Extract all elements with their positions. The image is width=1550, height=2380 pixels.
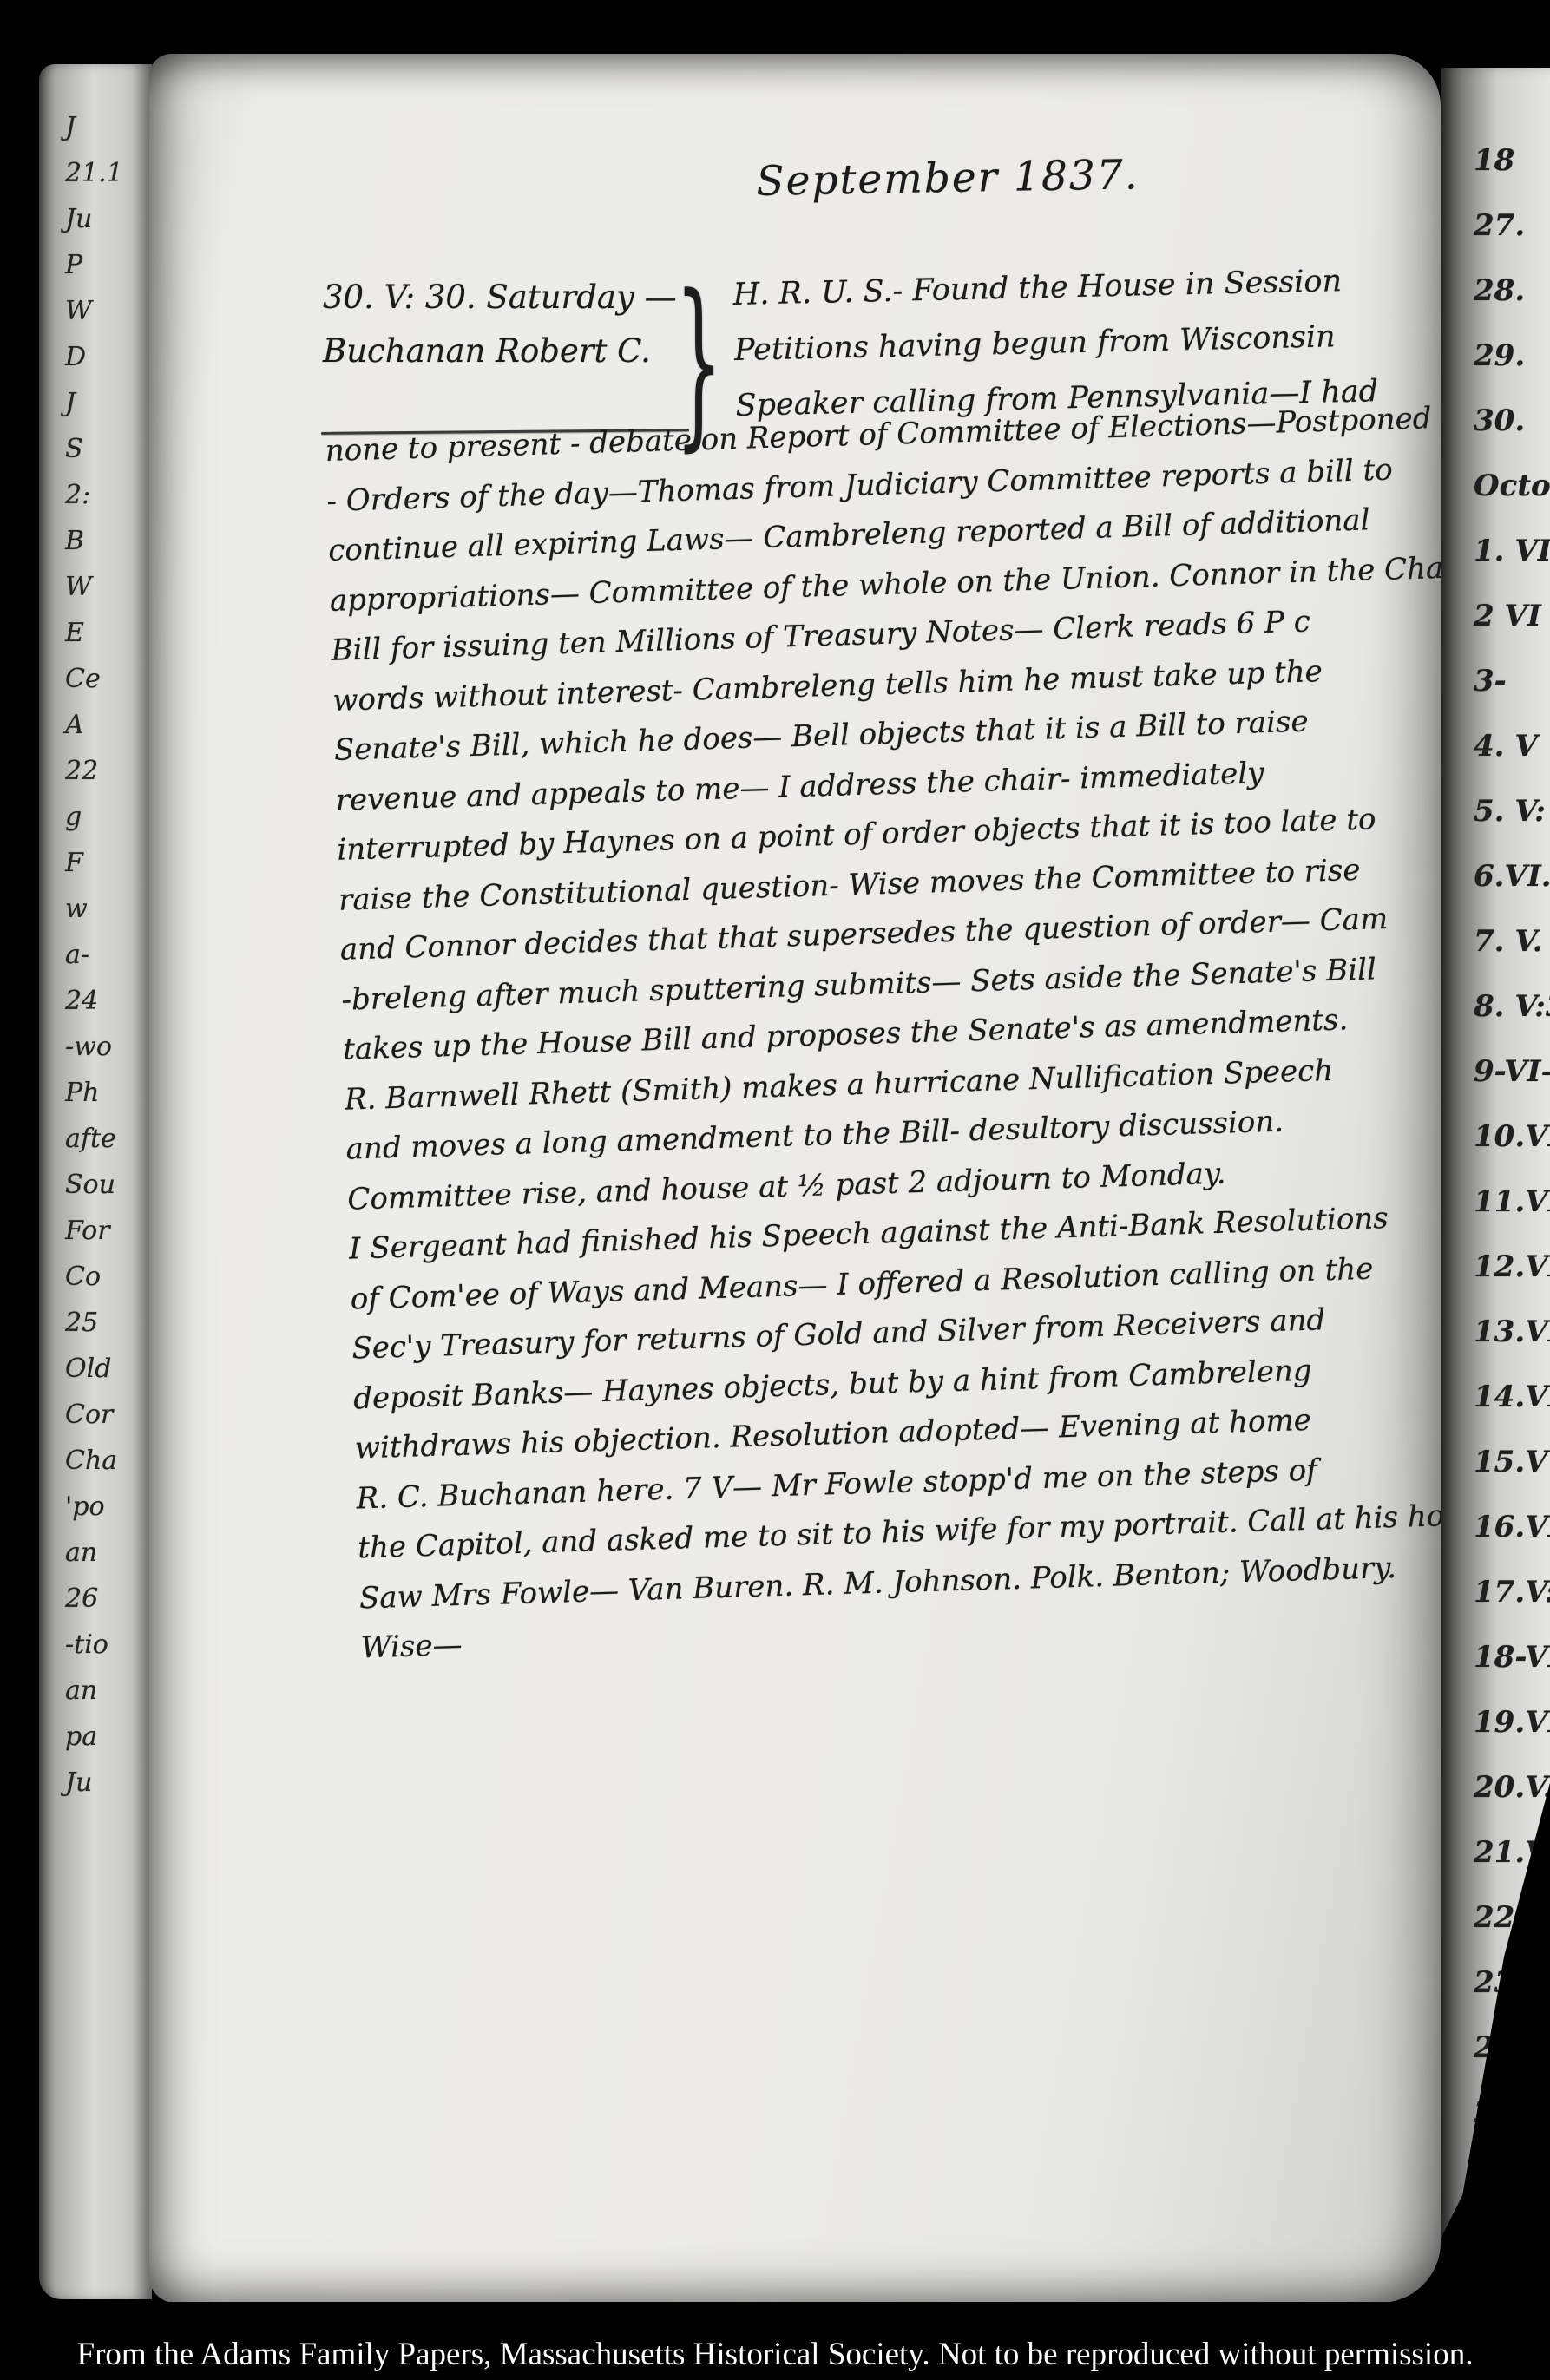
diary-page: September 1837. 30. V: 30. Saturday — Bu… [149,54,1441,2303]
entry-body-lines: none to present - debate on Report of Co… [325,390,1441,1674]
next-page-date-fragment: 29. [1441,324,1550,389]
previous-page-text-fragment: D [39,334,152,380]
previous-page-text-fragment: an [39,1530,152,1576]
caption-bar: From the Adams Family Papers, Massachuse… [0,2302,1550,2380]
previous-page-text-fragment: B [39,518,152,564]
entry-date-heading: 30. V: 30. Saturday — [323,271,687,325]
previous-page-text-fragment: w [39,886,152,932]
next-page-date-fragment: 7. V. [1441,909,1550,974]
previous-page-text-fragment: an [39,1668,152,1714]
previous-page-text-fragment: g [39,794,152,840]
next-page-date-fragment: 16.VI- [1441,1495,1550,1560]
next-page-date-fragment: 21.VI.6 [1441,1820,1550,1885]
previous-page-text-fragment: Sou [39,1162,152,1208]
manuscript-scan: J21.1JuPWDJS2:BWECeA22gFwa-24-woPhafteSo… [0,0,1550,2380]
next-page-date-fragment: 1. VI. [1441,519,1550,584]
next-page-date-fragment: 25-VI- [1441,2081,1550,2146]
caption-text: From the Adams Family Papers, Massachuse… [0,2336,1550,2373]
previous-page-text-fragment: -tio [39,1622,152,1668]
previous-page-text-fragment: Ju [39,1760,152,1806]
entry-person-heading: Buchanan Robert C. [323,325,687,378]
previous-page-text-fragment: W [39,564,152,610]
previous-page-text-fragment: afte [39,1116,152,1162]
next-page-date-fragment: 28. [1441,259,1550,324]
previous-page-text-fragment: 22 [39,748,152,794]
previous-page-text-fragment: W [39,288,152,334]
previous-page-edge: J21.1JuPWDJS2:BWECeA22gFwa-24-woPhafteSo… [39,64,152,2299]
next-page-date-fragment: 11.VI-1 [1441,1170,1550,1235]
next-page-edge: 1827.28.29.30.Octob1. VI.2 VI -3-4. V5. … [1441,68,1550,2239]
previous-page-text-fragment: Cha [39,1438,152,1484]
month-year-heading: September 1837. [687,150,1209,207]
next-page-date-fragment: 2 VI - [1441,584,1550,649]
next-page-date-fragment: 27. [1441,193,1550,259]
next-page-date-fragment: 18 [1441,128,1550,193]
previous-page-text-fragment: Ce [39,656,152,702]
next-page-date-fragment: 19.VI.3 [1441,1690,1550,1755]
previous-page-text-fragment: A [39,702,152,748]
previous-page-text-fragment: Ju [39,196,152,242]
next-page-date-fragment: 15.V= [1441,1430,1550,1495]
previous-page-text-fragment: Cor [39,1392,152,1438]
previous-page-text-fragment: Ph [39,1070,152,1116]
previous-page-text-fragment: J [39,104,152,150]
previous-page-text-fragment: S [39,426,152,472]
next-page-date-fragment: 8. V:3 [1441,974,1550,1039]
previous-page-text-fragment: J [39,380,152,426]
previous-page-text-fragment: 2: [39,472,152,518]
previous-page-text-fragment: 26 [39,1576,152,1622]
previous-page-text-fragment: E [39,610,152,656]
next-page-date-fragment: 13.VI- [1441,1300,1550,1365]
next-page-date-fragment: 3- [1441,649,1550,714]
previous-page-text-fragment: 25 [39,1300,152,1346]
next-page-date-fragment: 30. [1441,389,1550,454]
next-page-date-fragment: 4. V [1441,714,1550,779]
next-page-date-fragment: Octob [1441,454,1550,519]
next-page-date-fragment: 10.VI.1 [1441,1105,1550,1170]
previous-page-text-fragment: 'po [39,1484,152,1530]
next-page-date-fragment: 12.VI. [1441,1235,1550,1300]
entry-heading: 30. V: 30. Saturday — Buchanan Robert C. [323,271,687,378]
next-page-date-fragment: 23.VI. [1441,1951,1550,2016]
next-page-date-fragment: 26.III. [1441,2146,1550,2211]
previous-page-text-fragment: -wo [39,1024,152,1070]
next-page-date-fragment: 9-VI— [1441,1039,1550,1105]
next-page-date-fragment: 18-VI. [1441,1625,1550,1690]
previous-page-text-fragment: Co [39,1254,152,1300]
previous-page-text-fragment: 24 [39,978,152,1024]
previous-page-text-fragment: 21.1 [39,150,152,196]
previous-page-text-fragment: P [39,242,152,288]
next-page-date-fragment: 22.VI. [1441,1885,1550,1951]
next-page-date-fragment: 14.VI= [1441,1365,1550,1430]
next-page-date-fragment: 5. V: [1441,779,1550,844]
next-page-date-fragment: 20.V.3 [1441,1755,1550,1820]
previous-page-text-fragment: pa [39,1714,152,1760]
next-page-date-fragment: 6.VI.4 [1441,844,1550,909]
previous-page-text-fragment: Old [39,1346,152,1392]
next-page-date-fragment: 24.VI- [1441,2016,1550,2081]
next-page-date-fragment: 17.V:3 [1441,1560,1550,1625]
previous-page-text-fragment: a- [39,932,152,978]
previous-page-text-fragment: F [39,840,152,886]
previous-page-text-fragment: For [39,1208,152,1254]
